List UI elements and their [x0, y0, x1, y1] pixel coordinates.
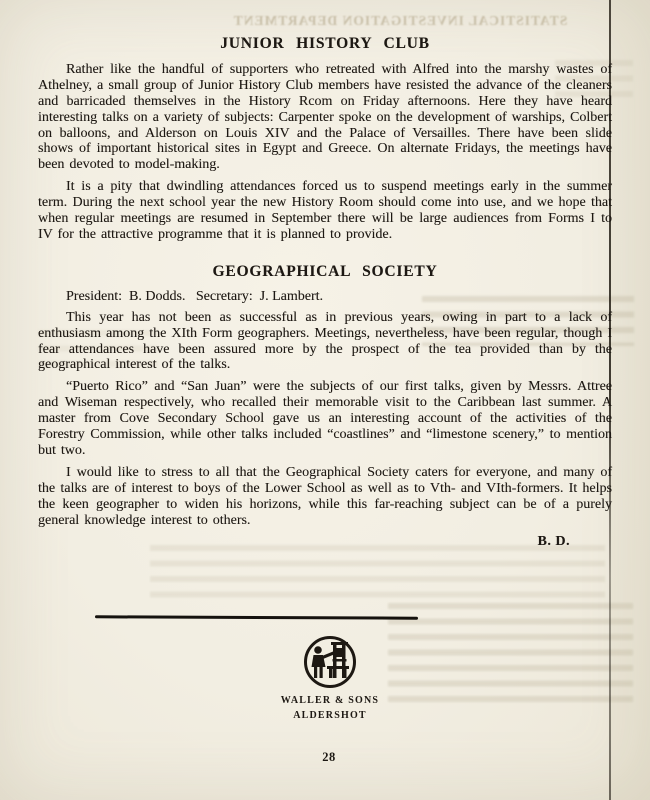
printer-name: WALLER & SONS — [255, 695, 405, 707]
paragraph: Rather like the handful of supporters wh… — [38, 62, 612, 173]
printing-press-icon — [255, 634, 405, 692]
section-title-geographical-society: GEOGRAPHICAL SOCIETY — [38, 264, 612, 280]
paragraph: I would like to stress to all that the G… — [38, 465, 612, 529]
page-number: 28 — [0, 750, 650, 765]
paragraph: It is a pity that dwindling attendances … — [38, 179, 612, 243]
printer-colophon: WALLER & SONS ALDERSHOT — [255, 634, 405, 722]
section-title-junior-history-club: JUNIOR HISTORY CLUB — [38, 36, 612, 52]
officers-line: President: B. Dodds. Secretary: J. Lambe… — [38, 289, 612, 305]
paragraph: “Puerto Rico” and “San Juan” were the su… — [38, 379, 612, 459]
ink-rule-artifact — [95, 615, 418, 619]
author-initials: B. D. — [38, 534, 570, 550]
paragraph: This year has not been as successful as … — [38, 310, 612, 374]
bleedthrough-smudge — [388, 603, 633, 707]
page-content: JUNIOR HISTORY CLUB Rather like the hand… — [0, 0, 650, 550]
printer-city: ALDERSHOT — [255, 710, 405, 722]
scanned-page: STATISTICAL INVESTIGATION DEPARTMENT JUN… — [0, 0, 650, 800]
bleedthrough-smudge — [150, 545, 605, 601]
